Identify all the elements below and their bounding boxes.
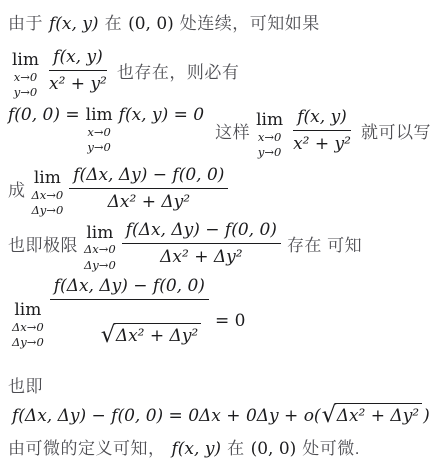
math-expression: = 0 [215,311,245,331]
limit-condition: x→0 [258,130,281,146]
equation-group: f(0, 0) = lim x→0 y→0 f(x, y) = 0 [8,105,204,156]
limit-operator: lim [12,52,39,70]
fraction-numerator: f(Δx, Δy) − f(0, 0) [50,276,209,300]
radical-sign: √ [322,404,337,427]
chinese-text: 成 [8,176,26,201]
square-root: √ Δx² + Δy² [322,403,423,426]
radical-sign: √ [101,324,116,347]
limit-condition: Δx→0 [12,320,44,336]
fraction: f(Δx, Δy) − f(0, 0) √ Δx² + Δy² [50,276,209,366]
fraction: f(x, y) x² + y² [289,107,355,154]
limit-operator: lim [86,107,113,125]
limit-condition: y→0 [14,85,37,101]
math-solution-document: 由于 f(x, y) 在 (0, 0) 处连续，可知如果 lim x→0 y→0… [0,0,439,459]
chinese-text: 存在 可知 [287,231,362,256]
limit-block: lim x→0 y→0 [12,52,39,101]
paragraph-limit-exists: lim x→0 y→0 f(x, y) x² + y² 也存在，则必有 [12,46,433,95]
chinese-text: 在 [105,9,123,34]
limit-operator: lim [256,112,283,130]
math-expression: f(x, y) = 0 [119,105,204,125]
chinese-text: 也存在，则必有 [117,58,240,83]
limit-block: lim x→0 y→0 [86,107,113,156]
fraction-numerator: f(Δx, Δy) − f(0, 0) [69,165,228,189]
limit-condition: y→0 [258,145,281,161]
limit-block: lim Δx→0 Δy→0 [84,225,116,274]
fraction-denominator: Δx² + Δy² [104,189,194,212]
fraction: f(Δx, Δy) − f(0, 0) Δx² + Δy² [69,165,228,212]
chinese-text: 也即极限 [8,231,78,256]
chinese-text: 也即 [8,372,43,397]
paragraph-continuity-statement: 由于 f(x, y) 在 (0, 0) 处连续，可知如果 [8,9,433,34]
paragraph-rewritten-limit: 成 lim Δx→0 Δy→0 f(Δx, Δy) − f(0, 0) Δx² … [8,164,433,213]
chinese-text: 在 [227,434,245,459]
chinese-text: 由可微的定义可知， [8,434,166,459]
paragraph-limit-exists-conclusion: 也即极限 lim Δx→0 Δy→0 f(Δx, Δy) − f(0, 0) Δ… [8,219,433,268]
fraction: f(x, y) x² + y² [45,47,111,94]
chinese-text: 由于 [8,9,43,34]
chinese-text: 处连续，可知如果 [180,9,320,34]
math-expression: ) [423,406,430,426]
fraction-denominator: Δx² + Δy² [156,244,246,267]
limit-condition: y→0 [87,140,110,156]
limit-operator: lim [86,225,113,243]
fraction: f(Δx, Δy) − f(0, 0) Δx² + Δy² [122,220,281,267]
limit-condition: Δy→0 [84,258,116,274]
limit-condition: x→0 [14,70,37,86]
limit-block: lim x→0 y→0 [256,112,283,161]
square-root-body: Δx² + Δy² [335,403,422,426]
fraction-denominator: x² + y² [45,71,111,94]
limit-condition: x→0 [87,125,110,141]
paragraph-limit-equals-zero: lim Δx→0 Δy→0 f(Δx, Δy) − f(0, 0) √ Δx² … [12,276,433,366]
math-expression: f(x, y) [172,439,222,459]
math-expression: (0, 0) [251,439,297,459]
fraction-denominator: √ Δx² + Δy² [53,300,205,366]
chinese-text: 处可微. [302,434,360,459]
limit-block: lim Δx→0 Δy→0 [32,170,64,219]
paragraph-that-is: 也即 [8,372,433,397]
limit-condition: Δx→0 [32,188,64,204]
fraction-numerator: f(x, y) [293,107,351,131]
math-expression: f(x, y) [49,14,99,34]
limit-condition: Δy→0 [32,203,64,219]
fraction-numerator: f(x, y) [49,47,107,71]
paragraph-differential-equation: f(Δx, Δy) − f(0, 0) = 0Δx + 0Δy + o( √ Δ… [12,403,433,426]
math-expression: (0, 0) [128,14,174,34]
chinese-text: 这样 [215,118,250,143]
math-expression: f(Δx, Δy) − f(0, 0) = 0Δx + 0Δy + o( [12,406,321,426]
chinese-text: 就可以写 [361,118,431,143]
fraction-numerator: f(Δx, Δy) − f(0, 0) [122,220,281,244]
square-root: √ Δx² + Δy² [101,323,202,346]
limit-operator: lim [14,302,41,320]
paragraph-f00-equals-zero: f(0, 0) = lim x→0 y→0 f(x, y) = 0 这样 lim… [8,105,433,156]
limit-condition: Δy→0 [12,335,44,351]
limit-condition: Δx→0 [84,242,116,258]
square-root-body: Δx² + Δy² [114,323,201,346]
paragraph-differentiable-conclusion: 由可微的定义可知， f(x, y) 在 (0, 0) 处可微. [8,434,433,459]
limit-operator: lim [34,170,61,188]
limit-block: lim Δx→0 Δy→0 [12,302,44,351]
math-expression: f(0, 0) = [8,105,80,125]
fraction-denominator: x² + y² [289,131,355,154]
